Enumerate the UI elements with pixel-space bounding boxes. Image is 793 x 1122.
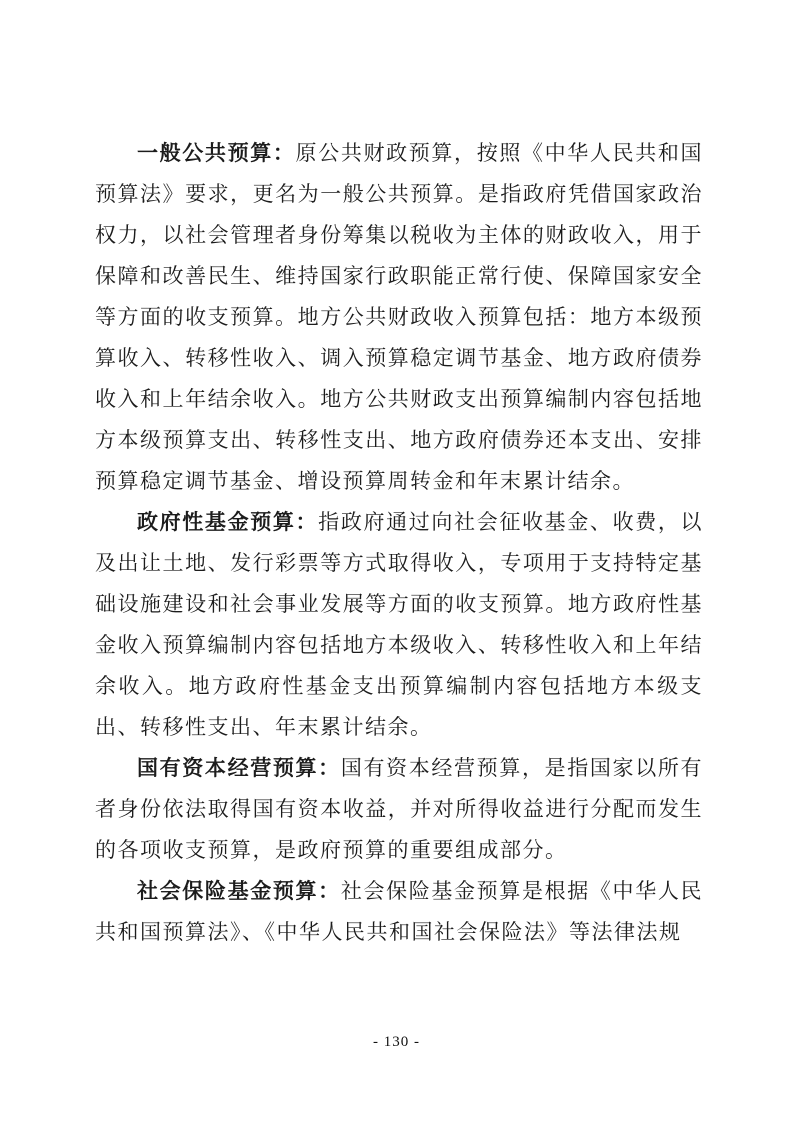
page-number: - 130 - — [0, 1034, 793, 1051]
document-body: 一般公共预算：原公共财政预算，按照《中华人民共和国预算法》要求，更名为一般公共预… — [95, 133, 703, 953]
paragraph-text: 原公共财政预算，按照《中华人民共和国预算法》要求，更名为一般公共预算。是指政府凭… — [95, 141, 703, 493]
paragraph-label: 政府性基金预算： — [137, 510, 318, 534]
document-page: 一般公共预算：原公共财政预算，按照《中华人民共和国预算法》要求，更名为一般公共预… — [0, 0, 793, 1122]
paragraph-label: 一般公共预算： — [137, 141, 296, 165]
paragraph-state-capital-budget: 国有资本经营预算：国有资本经营预算，是指国家以所有者身份依法取得国有资本收益，并… — [95, 748, 703, 871]
paragraph-social-insurance-fund-budget: 社会保险基金预算：社会保险基金预算是根据《中华人民共和国预算法》、《中华人民共和… — [95, 871, 703, 953]
paragraph-label: 国有资本经营预算： — [137, 756, 341, 780]
paragraph-government-fund-budget: 政府性基金预算：指政府通过向社会征收基金、收费，以及出让土地、发行彩票等方式取得… — [95, 502, 703, 748]
paragraph-label: 社会保险基金预算： — [137, 879, 341, 903]
paragraph-text: 指政府通过向社会征收基金、收费，以及出让土地、发行彩票等方式取得收入，专项用于支… — [95, 510, 703, 739]
paragraph-general-public-budget: 一般公共预算：原公共财政预算，按照《中华人民共和国预算法》要求，更名为一般公共预… — [95, 133, 703, 502]
